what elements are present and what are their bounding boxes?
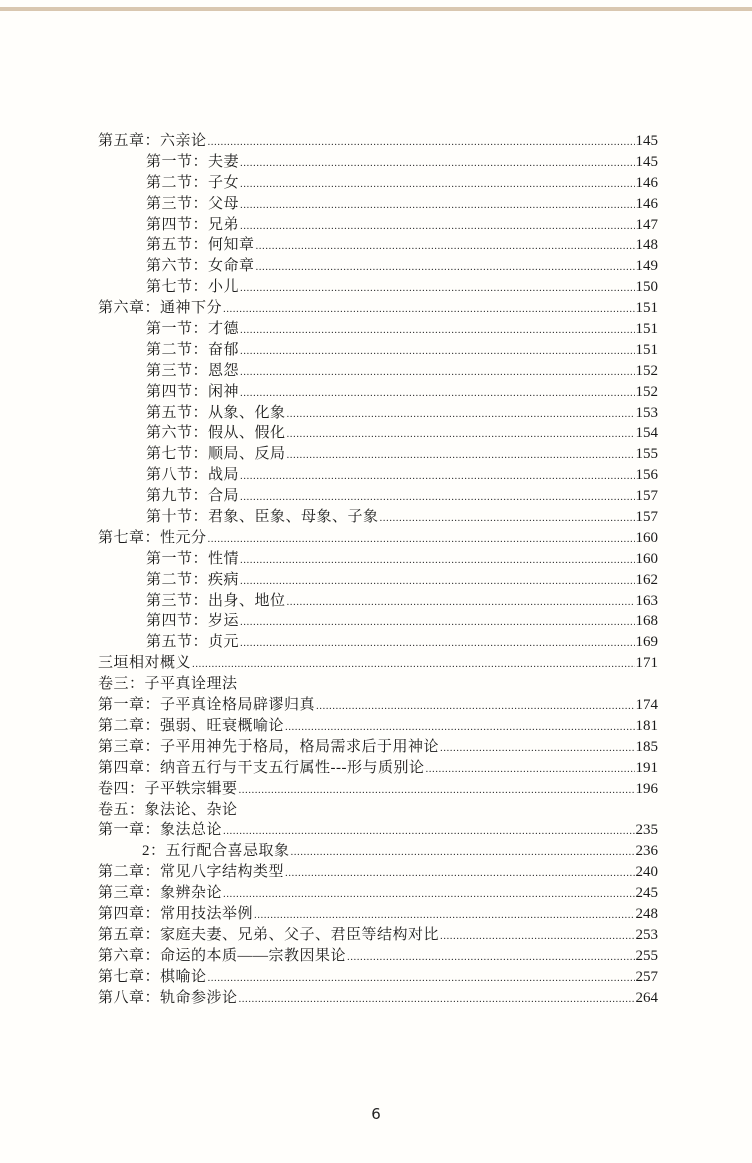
dot-leader bbox=[208, 968, 635, 989]
toc-entry-label: 第三节：父母 bbox=[146, 194, 239, 215]
toc-entry-page-number: 264 bbox=[636, 988, 659, 1009]
toc-entry-label: 第五节：何知章 bbox=[146, 235, 255, 256]
toc-entry-section[interactable]: 第六节：女命章149 bbox=[98, 256, 658, 277]
toc-entry-section[interactable]: 第九节：合局157 bbox=[98, 486, 658, 507]
page-number: 6 bbox=[0, 1105, 752, 1123]
toc-entry-chapter[interactable]: 第二章：强弱、旺衰概喻论181 bbox=[98, 716, 658, 737]
toc-entry-section[interactable]: 第五节：从象、化象153 bbox=[98, 403, 658, 424]
dot-leader bbox=[239, 780, 635, 801]
toc-entry-chapter[interactable]: 卷三：子平真诠理法 bbox=[98, 674, 658, 695]
toc-entry-chapter[interactable]: 第七章：棋喻论257 bbox=[98, 967, 658, 988]
toc-entry-label: 第六章：命运的本质——宗教因果论 bbox=[98, 946, 346, 967]
toc-entry-label: 第三章：象辨杂论 bbox=[98, 883, 222, 904]
dot-leader bbox=[440, 926, 634, 947]
dot-leader bbox=[223, 299, 634, 320]
toc-entry-section[interactable]: 第三节：父母146 bbox=[98, 194, 658, 215]
toc-entry-label: 第七节：顺局、反局 bbox=[146, 444, 286, 465]
toc-entry-page-number: 163 bbox=[636, 591, 659, 612]
toc-entry-page-number: 149 bbox=[636, 256, 659, 277]
toc-entry-page-number: 181 bbox=[636, 716, 659, 737]
toc-entry-page-number: 155 bbox=[636, 444, 659, 465]
toc-entry-label: 第三章：子平用神先于格局，格局需求后于用神论 bbox=[98, 737, 439, 758]
dot-leader bbox=[240, 153, 634, 174]
toc-entry-label: 第十节：君象、臣象、母象、子象 bbox=[146, 507, 379, 528]
toc-entry-section[interactable]: 第一节：夫妻145 bbox=[98, 152, 658, 173]
dot-leader bbox=[240, 195, 634, 216]
dot-leader bbox=[240, 466, 634, 487]
toc-entry-page-number: 160 bbox=[636, 528, 659, 549]
toc-entry-page-number: 191 bbox=[636, 758, 659, 779]
toc-entry-section[interactable]: 第三节：恩怨152 bbox=[98, 361, 658, 382]
toc-entry-page-number: 151 bbox=[636, 340, 659, 361]
dot-leader bbox=[285, 717, 634, 738]
toc-entry-section[interactable]: 第八节：战局156 bbox=[98, 465, 658, 486]
top-border-rule bbox=[0, 7, 752, 11]
toc-entry-page-number: 248 bbox=[636, 904, 659, 925]
dot-leader bbox=[426, 759, 635, 780]
toc-entry-section[interactable]: 第二节：疾病162 bbox=[98, 570, 658, 591]
toc-entry-section[interactable]: 第四节：闲神152 bbox=[98, 382, 658, 403]
toc-entry-label: 第八节：战局 bbox=[146, 465, 239, 486]
toc-entry-page-number: 162 bbox=[636, 570, 659, 591]
toc-entry-section[interactable]: 第十节：君象、臣象、母象、子象157 bbox=[98, 507, 658, 528]
toc-entry-label: 第五章：家庭夫妻、兄弟、父子、君臣等结构对比 bbox=[98, 925, 439, 946]
toc-entry-label: 第四节：兄弟 bbox=[146, 215, 239, 236]
dot-leader bbox=[256, 236, 635, 257]
dot-leader bbox=[223, 821, 634, 842]
dot-leader bbox=[208, 529, 635, 550]
toc-entry-chapter[interactable]: 第五章：六亲论145 bbox=[98, 131, 658, 152]
toc-entry-page-number: 146 bbox=[636, 194, 659, 215]
toc-entry-chapter[interactable]: 第六章：通神下分151 bbox=[98, 298, 658, 319]
toc-entry-page-number: 145 bbox=[636, 152, 659, 173]
dot-leader bbox=[256, 257, 635, 278]
toc-entry-label: 第七节：小儿 bbox=[146, 277, 239, 298]
dot-leader bbox=[347, 947, 634, 968]
toc-entry-chapter[interactable]: 第七章：性元分160 bbox=[98, 528, 658, 549]
toc-entry-page-number: 169 bbox=[636, 632, 659, 653]
toc-entry-page-number: 253 bbox=[636, 925, 659, 946]
toc-entry-label: 第八章：轨命参涉论 bbox=[98, 988, 238, 1009]
toc-entry-page-number: 240 bbox=[636, 862, 659, 883]
toc-entry-page-number: 150 bbox=[636, 277, 659, 298]
dot-leader bbox=[254, 905, 634, 926]
toc-entry-page-number: 168 bbox=[636, 611, 659, 632]
toc-entry-chapter[interactable]: 第一章：象法总论235 bbox=[98, 820, 658, 841]
toc-entry-label: 第一节：才德 bbox=[146, 319, 239, 340]
toc-entry-label: 第三节：恩怨 bbox=[146, 361, 239, 382]
dot-leader bbox=[240, 633, 634, 654]
toc-entry-page-number: 171 bbox=[636, 653, 659, 674]
toc-entry-section[interactable]: 第五节：何知章148 bbox=[98, 235, 658, 256]
toc-entry-section[interactable]: 第四节：兄弟147 bbox=[98, 215, 658, 236]
toc-entry-page-number: 255 bbox=[636, 946, 659, 967]
toc-entry-label: 第二节：奋郁 bbox=[146, 340, 239, 361]
toc-entry-page-number: 151 bbox=[636, 319, 659, 340]
toc-entry-page-number: 157 bbox=[636, 507, 659, 528]
dot-leader bbox=[192, 654, 634, 675]
toc-entry-label: 第四节：岁运 bbox=[146, 611, 239, 632]
dot-leader bbox=[240, 362, 634, 383]
toc-entry-chapter[interactable]: 第三章：象辨杂论245 bbox=[98, 883, 658, 904]
toc-entry-chapter[interactable]: 第三章：子平用神先于格局，格局需求后于用神论185 bbox=[98, 737, 658, 758]
dot-leader bbox=[223, 884, 634, 905]
dot-leader bbox=[287, 592, 635, 613]
toc-entry-label: 第一节：性情 bbox=[146, 549, 239, 570]
dot-leader bbox=[285, 863, 634, 884]
toc-entry-section[interactable]: 第四节：岁运168 bbox=[98, 611, 658, 632]
toc-entry-label: 第二节：子女 bbox=[146, 173, 239, 194]
toc-entry-label: 第二节：疾病 bbox=[146, 570, 239, 591]
toc-entry-label: 第四节：闲神 bbox=[146, 382, 239, 403]
toc-entry-chapter[interactable]: 第五章：家庭夫妻、兄弟、父子、君臣等结构对比253 bbox=[98, 925, 658, 946]
toc-entry-label: 第六节：假从、假化 bbox=[146, 423, 286, 444]
toc-entry-label: 第五节：贞元 bbox=[146, 632, 239, 653]
toc-entry-page-number: 236 bbox=[636, 841, 659, 862]
toc-entry-chapter[interactable]: 第八章：轨命参涉论264 bbox=[98, 988, 658, 1009]
toc-entry-page-number: 152 bbox=[636, 382, 659, 403]
toc-entry-label: 第四章：常用技法举例 bbox=[98, 904, 253, 925]
toc-entry-section[interactable]: 第七节：小儿150 bbox=[98, 277, 658, 298]
table-of-contents: 第五章：六亲论145第一节：夫妻145第二节：子女146第三节：父母146第四节… bbox=[98, 131, 658, 1008]
toc-entry-chapter[interactable]: 卷五：象法论、杂论 bbox=[98, 800, 658, 821]
toc-entry-section[interactable]: 第一节：性情160 bbox=[98, 549, 658, 570]
dot-leader bbox=[239, 989, 635, 1010]
toc-entry-page-number: 145 bbox=[636, 131, 659, 152]
toc-entry-section[interactable]: 第二节：奋郁151 bbox=[98, 340, 658, 361]
toc-entry-section[interactable]: 第一节：才德151 bbox=[98, 319, 658, 340]
toc-entry-label: 第一章：象法总论 bbox=[98, 820, 222, 841]
toc-entry-label: 第二章：常见八字结构类型 bbox=[98, 862, 284, 883]
dot-leader bbox=[380, 508, 635, 529]
toc-entry-label: 第六节：女命章 bbox=[146, 256, 255, 277]
toc-entry-section[interactable]: 第二节：子女146 bbox=[98, 173, 658, 194]
toc-entry-label: 第一节：夫妻 bbox=[146, 152, 239, 173]
dot-leader bbox=[240, 487, 634, 508]
toc-entry-page-number: 160 bbox=[636, 549, 659, 570]
toc-entry-page-number: 196 bbox=[636, 779, 659, 800]
toc-entry-page-number: 235 bbox=[636, 820, 659, 841]
dot-leader bbox=[208, 132, 635, 153]
toc-entry-page-number: 245 bbox=[636, 883, 659, 904]
toc-entry-chapter[interactable]: 第四章：纳音五行与干支五行属性---形与质别论191 bbox=[98, 758, 658, 779]
toc-entry-chapter[interactable]: 第一章：子平真诠格局辟谬归真174 bbox=[98, 695, 658, 716]
toc-entry-label: 第二章：强弱、旺衰概喻论 bbox=[98, 716, 284, 737]
toc-entry-page-number: 147 bbox=[636, 215, 659, 236]
dot-leader bbox=[291, 842, 635, 863]
toc-entry-page-number: 151 bbox=[636, 298, 659, 319]
toc-entry-section[interactable]: 第七节：顺局、反局155 bbox=[98, 444, 658, 465]
toc-entry-label: 2：五行配合喜忌取象 bbox=[142, 841, 290, 862]
dot-leader bbox=[240, 278, 634, 299]
toc-entry-label: 第九节：合局 bbox=[146, 486, 239, 507]
toc-entry-label: 卷四：子平轶宗辑要 bbox=[98, 779, 238, 800]
toc-entry-chapter[interactable]: 三垣相对概义171 bbox=[98, 653, 658, 674]
toc-entry-label: 卷五：象法论、杂论 bbox=[98, 800, 238, 821]
toc-entry-page-number: 152 bbox=[636, 361, 659, 382]
toc-entry-page-number: 154 bbox=[636, 423, 659, 444]
dot-leader bbox=[240, 174, 634, 195]
toc-entry-label: 三垣相对概义 bbox=[98, 653, 191, 674]
toc-entry-section[interactable]: 2：五行配合喜忌取象236 bbox=[98, 841, 658, 862]
toc-entry-page-number: 156 bbox=[636, 465, 659, 486]
toc-entry-section[interactable]: 第五节：贞元169 bbox=[98, 632, 658, 653]
dot-leader bbox=[287, 404, 635, 425]
toc-entry-section[interactable]: 第六节：假从、假化154 bbox=[98, 423, 658, 444]
dot-leader bbox=[240, 571, 634, 592]
toc-entry-page-number: 257 bbox=[636, 967, 659, 988]
toc-entry-label: 第四章：纳音五行与干支五行属性---形与质别论 bbox=[98, 758, 425, 779]
toc-entry-page-number: 157 bbox=[636, 486, 659, 507]
toc-entry-page-number: 146 bbox=[636, 173, 659, 194]
dot-leader bbox=[240, 320, 634, 341]
toc-entry-label: 第六章：通神下分 bbox=[98, 298, 222, 319]
toc-entry-label: 第一章：子平真诠格局辟谬归真 bbox=[98, 695, 315, 716]
dot-leader bbox=[287, 445, 635, 466]
toc-entry-chapter[interactable]: 第二章：常见八字结构类型240 bbox=[98, 862, 658, 883]
dot-leader bbox=[240, 341, 634, 362]
toc-entry-page-number: 153 bbox=[636, 403, 659, 424]
toc-entry-page-number: 174 bbox=[636, 695, 659, 716]
toc-entry-label: 卷三：子平真诠理法 bbox=[98, 674, 238, 695]
dot-leader bbox=[440, 738, 634, 759]
toc-entry-chapter[interactable]: 卷四：子平轶宗辑要196 bbox=[98, 779, 658, 800]
dot-leader bbox=[240, 383, 634, 404]
dot-leader bbox=[240, 612, 634, 633]
toc-entry-chapter[interactable]: 第六章：命运的本质——宗教因果论255 bbox=[98, 946, 658, 967]
toc-entry-chapter[interactable]: 第四章：常用技法举例248 bbox=[98, 904, 658, 925]
dot-leader bbox=[287, 424, 635, 445]
dot-leader bbox=[316, 696, 634, 717]
toc-entry-label: 第七章：棋喻论 bbox=[98, 967, 207, 988]
toc-entry-page-number: 148 bbox=[636, 235, 659, 256]
dot-leader bbox=[240, 216, 634, 237]
toc-entry-section[interactable]: 第三节：出身、地位163 bbox=[98, 591, 658, 612]
toc-entry-label: 第五节：从象、化象 bbox=[146, 403, 286, 424]
toc-entry-label: 第五章：六亲论 bbox=[98, 131, 207, 152]
toc-entry-page-number: 185 bbox=[636, 737, 659, 758]
toc-entry-label: 第七章：性元分 bbox=[98, 528, 207, 549]
dot-leader bbox=[240, 550, 634, 571]
toc-entry-label: 第三节：出身、地位 bbox=[146, 591, 286, 612]
